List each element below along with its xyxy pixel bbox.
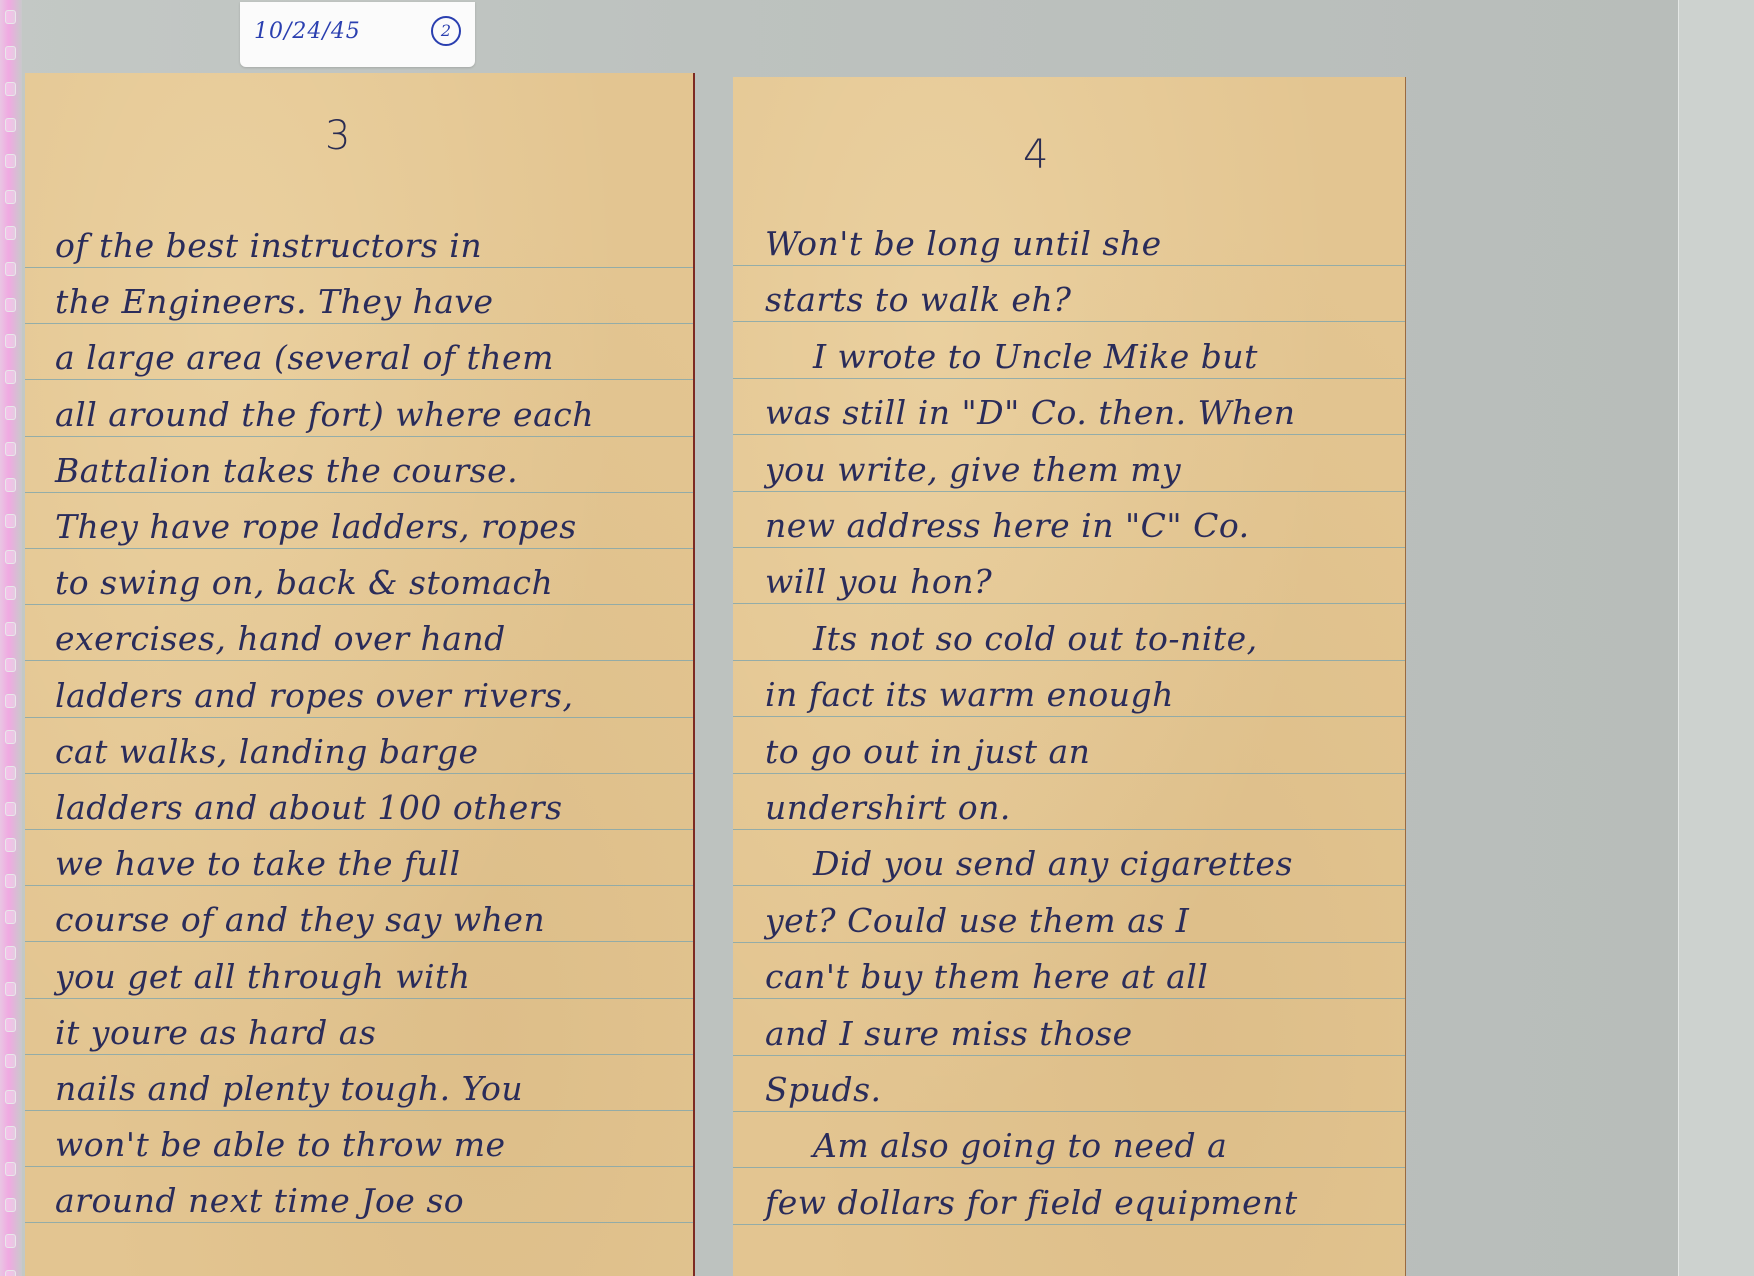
handwritten-line: the Engineers. They have bbox=[55, 275, 673, 329]
handwritten-line: around next time Joe so bbox=[55, 1174, 673, 1228]
handwritten-line: and I sure miss those bbox=[765, 1007, 1385, 1061]
perforation-hole bbox=[5, 1162, 16, 1176]
handwritten-line: you write, give them my bbox=[765, 443, 1385, 497]
handwritten-line: ladders and ropes over rivers, bbox=[55, 669, 673, 723]
handwritten-line: ladders and about 100 others bbox=[55, 781, 673, 835]
page-number: 4 bbox=[1023, 132, 1048, 178]
perforation-hole bbox=[5, 838, 16, 852]
label-sheet-number: 2 bbox=[431, 16, 461, 46]
perforation-hole bbox=[5, 1198, 16, 1212]
perforation-hole bbox=[5, 658, 16, 672]
handwritten-line: can't buy them here at all bbox=[765, 950, 1385, 1004]
handwritten-line: to go out in just an bbox=[765, 725, 1385, 779]
handwritten-line: Did you send any cigarettes bbox=[765, 837, 1385, 891]
handwritten-line: all around the fort) where each bbox=[55, 388, 673, 442]
perforation-hole bbox=[5, 874, 16, 888]
perforation-hole bbox=[5, 370, 16, 384]
perforation-hole bbox=[5, 514, 16, 528]
perforation-hole bbox=[5, 694, 16, 708]
handwritten-line: yet? Could use them as I bbox=[765, 894, 1385, 948]
perforation-hole bbox=[5, 982, 16, 996]
label-date: 10/24/45 bbox=[254, 19, 361, 44]
handwritten-line: exercises, hand over hand bbox=[55, 612, 673, 666]
perforation-hole bbox=[5, 730, 16, 744]
handwritten-line: was still in "D" Co. then. When bbox=[765, 386, 1385, 440]
handwritten-line: Spuds. bbox=[765, 1063, 1385, 1117]
perforation-hole bbox=[5, 1126, 16, 1140]
perforation-hole bbox=[5, 622, 16, 636]
perforation-hole bbox=[5, 1090, 16, 1104]
perforation-hole bbox=[5, 550, 16, 564]
letter-page-4: 4 Won't be long until shestarts to walk … bbox=[733, 77, 1406, 1276]
handwritten-line: will you hon? bbox=[765, 555, 1385, 609]
handwritten-line: of the best instructors in bbox=[55, 219, 673, 273]
handwritten-line: Battalion takes the course. bbox=[55, 444, 673, 498]
sleeve-edge bbox=[1678, 0, 1754, 1276]
perforation-hole bbox=[5, 118, 16, 132]
handwritten-line: nails and plenty tough. You bbox=[55, 1062, 673, 1116]
perforation-hole bbox=[5, 190, 16, 204]
page-number: 3 bbox=[325, 113, 350, 159]
perforation-hole bbox=[5, 226, 16, 240]
binder-perforation-strip bbox=[0, 0, 22, 1276]
handwritten-line: we have to take the full bbox=[55, 837, 673, 891]
handwritten-line: course of and they say when bbox=[55, 893, 673, 947]
handwritten-line: a large area (several of them bbox=[55, 331, 673, 385]
perforation-hole bbox=[5, 82, 16, 96]
perforation-hole bbox=[5, 946, 16, 960]
handwritten-line: Its not so cold out to-nite, bbox=[765, 612, 1385, 666]
letter-page-3: 3 of the best instructors inthe Engineer… bbox=[25, 73, 695, 1276]
perforation-hole bbox=[5, 10, 16, 24]
handwritten-line: it youre as hard as bbox=[55, 1006, 673, 1060]
handwritten-line: in fact its warm enough bbox=[765, 668, 1385, 722]
handwritten-line: won't be able to throw me bbox=[55, 1118, 673, 1172]
perforation-hole bbox=[5, 298, 16, 312]
perforation-hole bbox=[5, 154, 16, 168]
perforation-hole bbox=[5, 1270, 16, 1276]
perforation-hole bbox=[5, 1234, 16, 1248]
perforation-hole bbox=[5, 478, 16, 492]
perforation-hole bbox=[5, 586, 16, 600]
handwritten-line: Won't be long until she bbox=[765, 217, 1385, 271]
perforation-hole bbox=[5, 910, 16, 924]
handwritten-line: starts to walk eh? bbox=[765, 273, 1385, 327]
handwritten-line: Am also going to need a bbox=[765, 1119, 1385, 1173]
perforation-hole bbox=[5, 1018, 16, 1032]
handwritten-line: few dollars for field equipment bbox=[765, 1176, 1385, 1230]
perforation-hole bbox=[5, 262, 16, 276]
handwritten-line: to swing on, back & stomach bbox=[55, 556, 673, 610]
handwritten-line: cat walks, landing barge bbox=[55, 725, 673, 779]
perforation-hole bbox=[5, 1054, 16, 1068]
handwritten-line: I wrote to Uncle Mike but bbox=[765, 330, 1385, 384]
perforation-hole bbox=[5, 766, 16, 780]
archive-label: 10/24/45 2 bbox=[240, 2, 475, 67]
handwritten-line: They have rope ladders, ropes bbox=[55, 500, 673, 554]
perforation-hole bbox=[5, 46, 16, 60]
handwritten-line: you get all through with bbox=[55, 950, 673, 1004]
perforation-hole bbox=[5, 406, 16, 420]
handwritten-line: undershirt on. bbox=[765, 781, 1385, 835]
perforation-hole bbox=[5, 442, 16, 456]
perforation-hole bbox=[5, 334, 16, 348]
perforation-hole bbox=[5, 802, 16, 816]
handwritten-line: new address here in "C" Co. bbox=[765, 499, 1385, 553]
